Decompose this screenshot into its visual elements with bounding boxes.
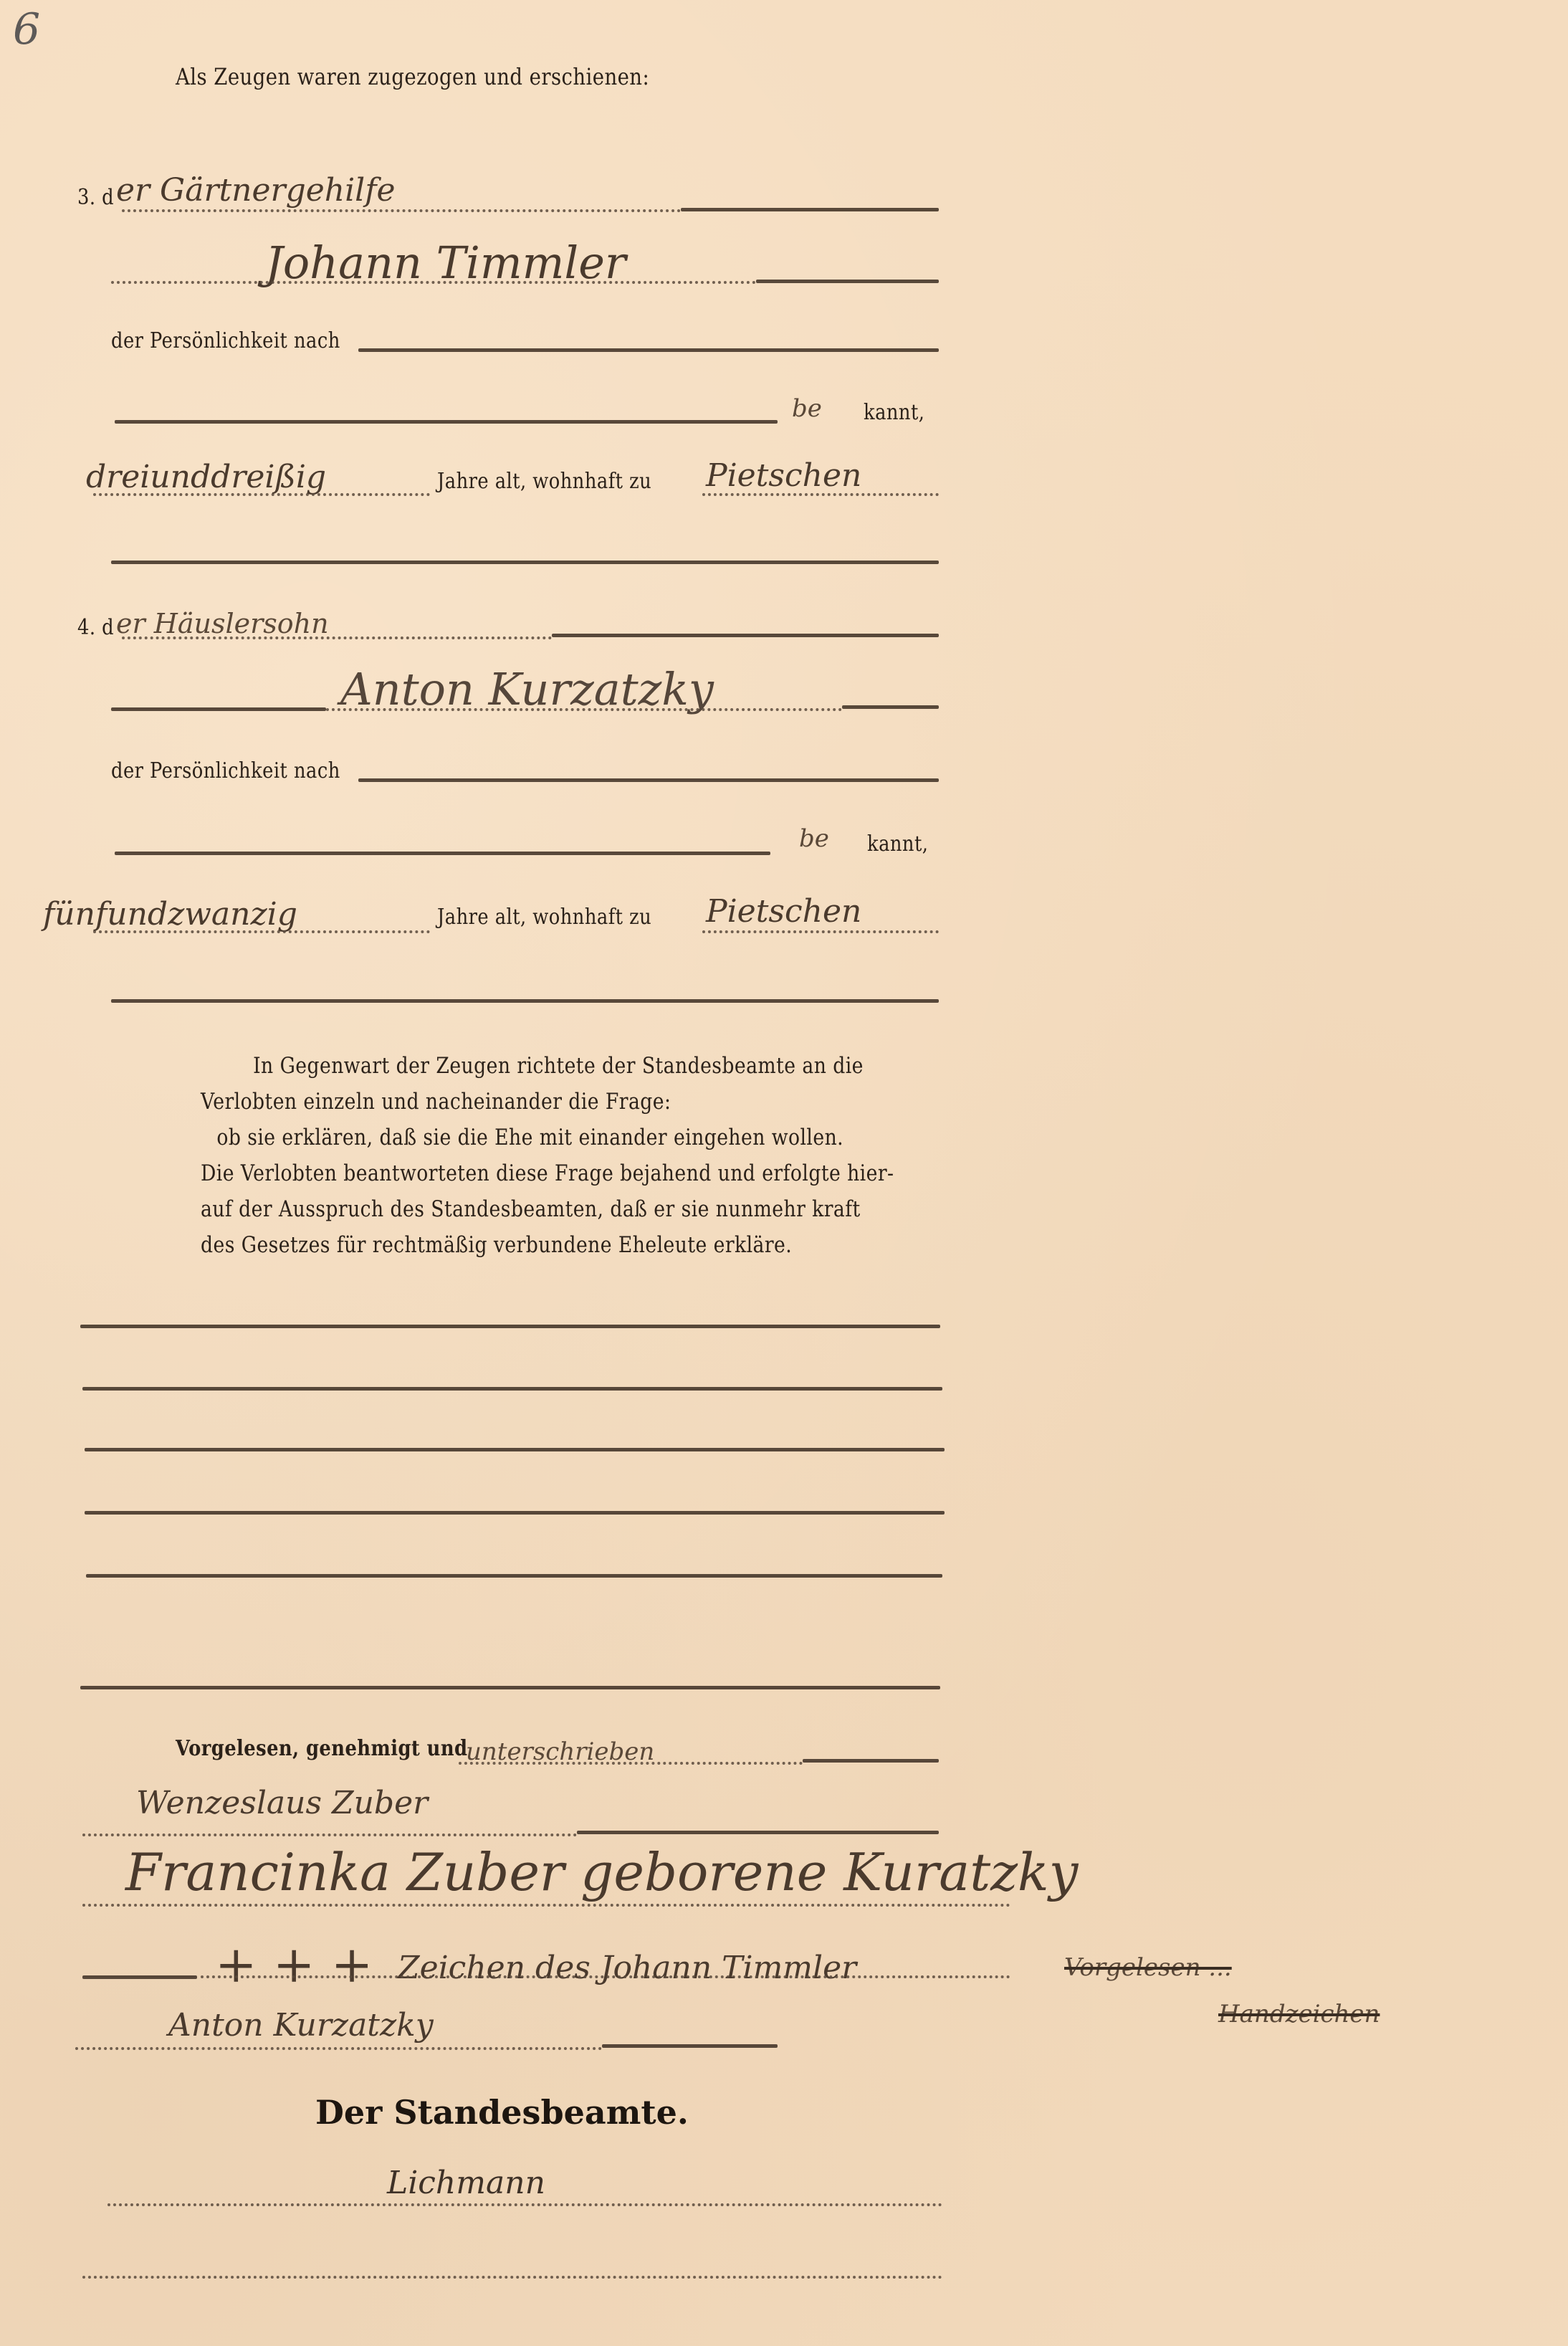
witness-4-occupation: er Häuslersohn <box>116 608 329 639</box>
blank-line-1 <box>80 1325 940 1328</box>
bride-dotted-line <box>82 1904 1010 1907</box>
witnesses-heading: Als Zeugen waren zugezogen und erschiene… <box>176 63 649 90</box>
witness-3-identity-line <box>358 348 939 352</box>
witness-4-name-dotted-line <box>326 708 842 711</box>
witness-3-residence-dotted-line <box>702 493 939 496</box>
witness-4-signature-line <box>602 2044 778 2048</box>
witness-4-identity-line <box>358 778 939 782</box>
witness-3-known-suffix: be <box>792 394 822 423</box>
witness-3-age-label: Jahre alt, wohnhaft zu <box>437 469 651 494</box>
witness-4-number: 4. d <box>77 615 114 640</box>
crosses-note: Zeichen des Johann Timmler <box>398 1950 856 1986</box>
registrar-extra-line <box>82 2276 942 2279</box>
witness-3-residence: Pietschen <box>706 457 861 494</box>
witness-4-residence-dotted-line <box>702 930 939 933</box>
read-approved-line <box>803 1759 939 1763</box>
declaration-line-6: des Gesetzes für rechtmäßig verbundene E… <box>201 1227 894 1263</box>
declaration-paragraph: In Gegenwart der Zeugen richtete der Sta… <box>201 1048 894 1263</box>
witness-4-signature-dotted-line <box>75 2047 602 2050</box>
witness-3-occupation-line <box>681 208 939 211</box>
witness-3-known-line <box>115 420 778 424</box>
registrar-title: Der Standesbeamte. <box>315 2093 689 2132</box>
witness-3-name-line <box>756 280 939 283</box>
witness-4-identity-label: der Persönlichkeit nach <box>111 758 340 783</box>
crosses-mark: + + + <box>215 1935 373 1994</box>
witness-4-age-dotted-line <box>93 930 430 933</box>
groom-signature: Wenzeslaus Zuber <box>136 1785 428 1821</box>
witness-4-name-line-left <box>111 707 326 711</box>
witness-4-end-line <box>111 999 939 1003</box>
read-approved-dotted-line <box>459 1762 803 1765</box>
declaration-line-1: In Gegenwart der Zeugen richtete der Sta… <box>201 1048 894 1084</box>
page-number: 6 <box>13 4 40 54</box>
witness-4-known-line <box>115 852 770 855</box>
witness-4-age: fünfundzwanzig <box>43 896 297 933</box>
blank-line-2 <box>82 1387 942 1391</box>
witness-4-known-label: kannt, <box>867 831 928 857</box>
registrar-signature: Lichmann <box>387 2165 545 2201</box>
bride-signature: Francinka Zuber geborene Kuratzky <box>125 1842 1078 1902</box>
witness-4-age-label: Jahre alt, wohnhaft zu <box>437 905 651 930</box>
witness-4-signature: Anton Kurzatzky <box>168 2007 434 2044</box>
groom-line <box>577 1831 939 1834</box>
crosses-dotted-line <box>201 1975 1010 1978</box>
witness-3-known-label: kannt, <box>864 400 924 425</box>
declaration-line-4: Die Verlobten beantworteten diese Frage … <box>201 1155 894 1191</box>
witness-3-name-dotted-line <box>111 281 756 284</box>
witness-3-number: 3. d <box>77 185 114 210</box>
blank-line-4 <box>85 1511 945 1515</box>
blank-line-6 <box>80 1686 940 1689</box>
witness-4-name-line-right <box>842 705 939 709</box>
declaration-line-2: Verlobten einzeln und nacheinander die F… <box>201 1084 894 1120</box>
blank-line-5 <box>86 1574 942 1578</box>
witness-4-residence: Pietschen <box>706 893 861 930</box>
witness-3-identity-label: der Persönlichkeit nach <box>111 328 340 353</box>
declaration-line-5: auf der Ausspruch des Standesbeamten, da… <box>201 1191 894 1227</box>
witness-4-known-suffix: be <box>799 824 829 853</box>
crosses-line-left <box>82 1975 197 1979</box>
registrar-signature-line <box>107 2203 942 2206</box>
struck-note-1: Vorgelesen ... <box>1064 1953 1232 1982</box>
witness-3-end-line <box>111 561 939 564</box>
groom-dotted-line <box>82 1834 577 1836</box>
witness-4-occupation-line <box>552 634 939 637</box>
read-approved-label: Vorgelesen, genehmigt und <box>176 1736 468 1761</box>
witness-3-age-dotted-line <box>93 493 430 496</box>
witness-4-occupation-dotted-line <box>122 636 552 639</box>
witness-3-occupation-dotted-line <box>122 209 681 212</box>
witness-3-age: dreiunddreißig <box>86 459 326 495</box>
witness-3-occupation: er Gärtnergehilfe <box>116 172 396 209</box>
struck-note-2: Handzeichen <box>1218 2000 1380 2028</box>
blank-line-3 <box>85 1448 945 1451</box>
declaration-line-3: ob sie erklären, daß sie die Ehe mit ein… <box>201 1120 894 1155</box>
